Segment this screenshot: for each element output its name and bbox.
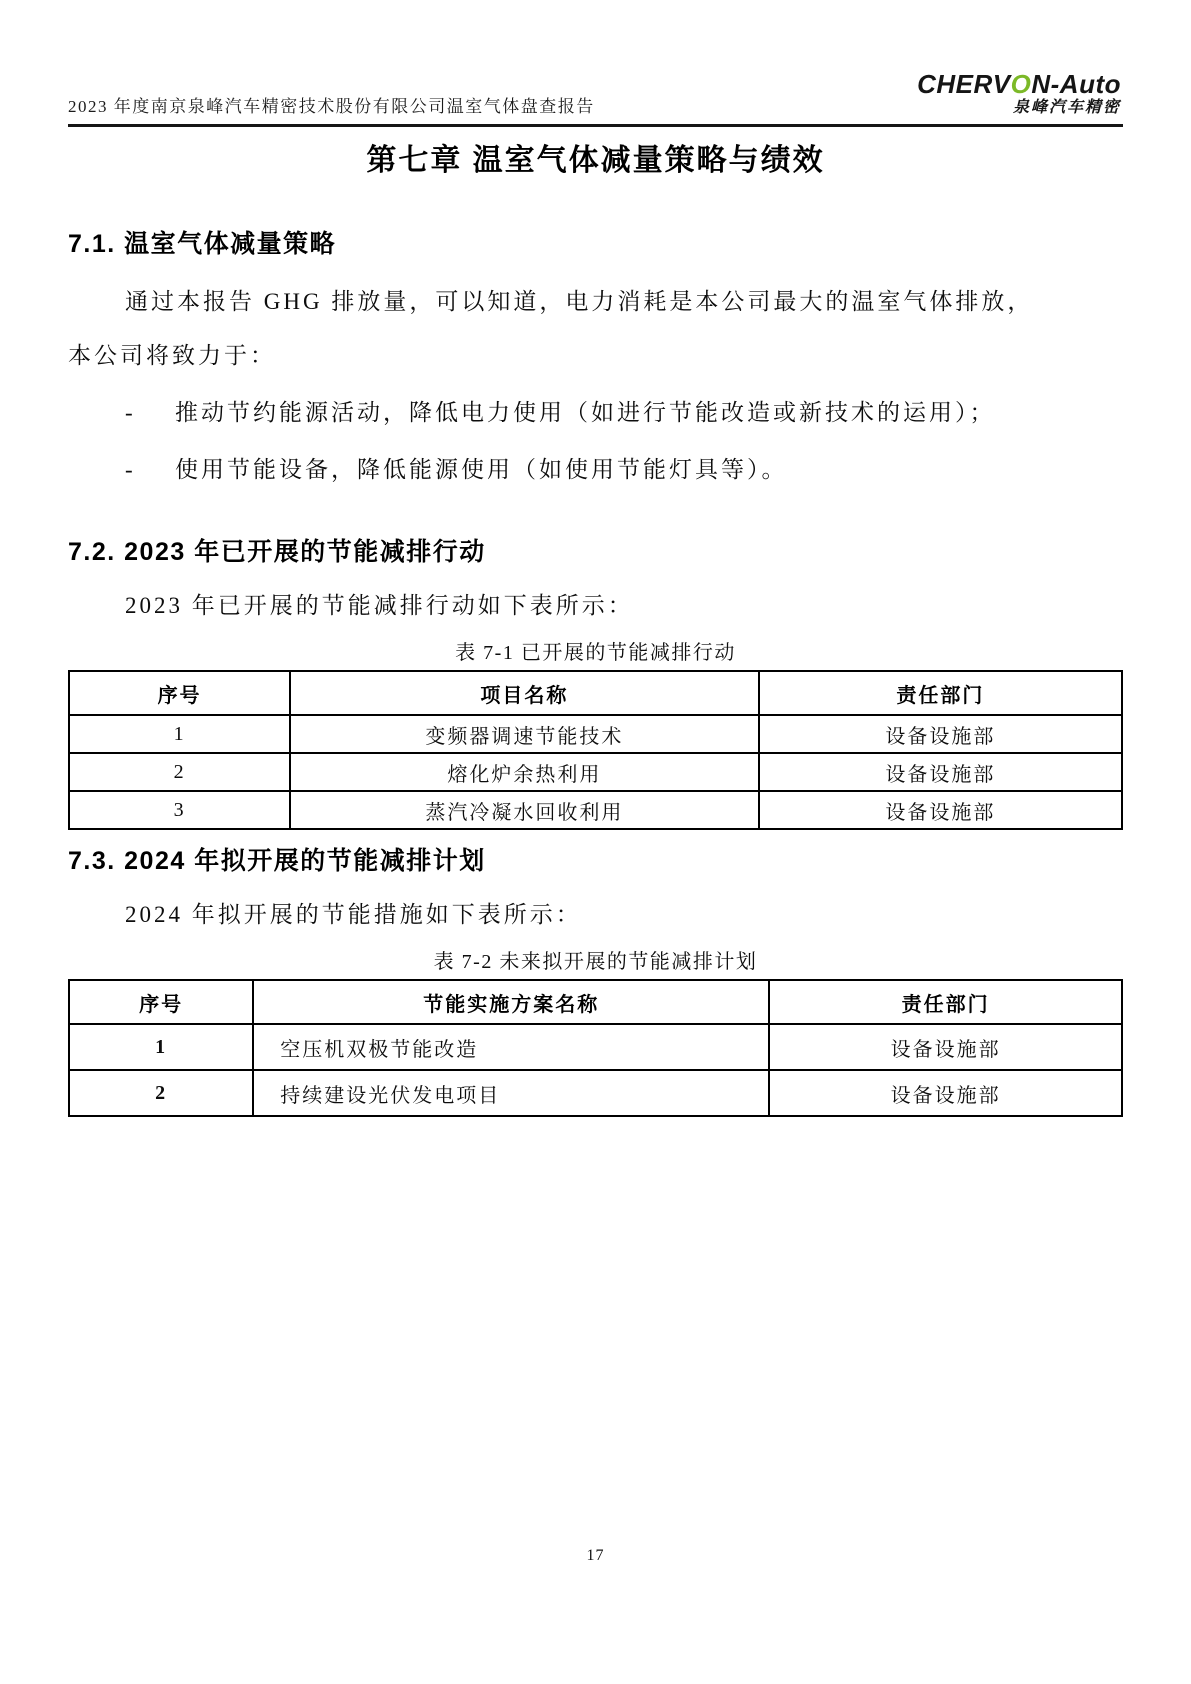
table-row: 1 空压机双极节能改造 设备设施部 <box>69 1024 1122 1070</box>
cell-department: 设备设施部 <box>759 715 1122 753</box>
bullet-text: 推动节约能源活动，降低电力使用（如进行节能改造或新技术的运用）； <box>175 400 996 425</box>
section-7-2-heading: 7.2. 2023 年已开展的节能减排行动 <box>68 535 1123 569</box>
section-7-3-intro: 2024 年拟开展的节能措施如下表所示： <box>68 898 1123 932</box>
table-7-1: 序号 项目名称 责任部门 1 变频器调速节能技术 设备设施部 2 熔化炉余热利用… <box>68 670 1123 830</box>
section-7-2-intro: 2023 年已开展的节能减排行动如下表所示： <box>68 589 1123 623</box>
bullet-item: -使用节能设备，降低能源使用（如使用节能灯具等）。 <box>68 453 1123 487</box>
cell-index: 1 <box>69 715 290 753</box>
column-header-index: 序号 <box>69 671 290 715</box>
cell-index: 2 <box>69 1070 253 1116</box>
section-7-1-heading: 7.1. 温室气体减量策略 <box>68 227 1123 261</box>
column-header-department: 责任部门 <box>759 671 1122 715</box>
table-row: 2 持续建设光伏发电项目 设备设施部 <box>69 1070 1122 1116</box>
table-row: 1 变频器调速节能技术 设备设施部 <box>69 715 1122 753</box>
page-header: 2023 年度南京泉峰汽车精密技术股份有限公司温室气体盘查报告 CHERVON-… <box>68 0 1123 127</box>
table-7-1-caption: 表 7-1 已开展的节能减排行动 <box>68 636 1123 665</box>
column-header-project-name: 项目名称 <box>290 671 759 715</box>
chapter-title: 第七章 温室气体减量策略与绩效 <box>68 141 1123 181</box>
column-header-department: 责任部门 <box>769 980 1122 1024</box>
page-number: 17 <box>0 1547 1191 1565</box>
bullet-item: -推动节约能源活动，降低电力使用（如进行节能改造或新技术的运用）； <box>68 396 1123 430</box>
column-header-plan-name: 节能实施方案名称 <box>253 980 769 1024</box>
logo-green-o-icon: O <box>1011 69 1032 99</box>
table-header-row: 序号 节能实施方案名称 责任部门 <box>69 980 1122 1024</box>
cell-project-name: 变频器调速节能技术 <box>290 715 759 753</box>
cell-index: 3 <box>69 791 290 829</box>
table-row: 3 蒸汽冷凝水回收利用 设备设施部 <box>69 791 1122 829</box>
table-row: 2 熔化炉余热利用 设备设施部 <box>69 753 1122 791</box>
section-7-3-heading: 7.3. 2024 年拟开展的节能减排计划 <box>68 844 1123 878</box>
cell-project-name: 熔化炉余热利用 <box>290 753 759 791</box>
section-7-1-paragraph-line-2: 本公司将致力于： <box>68 339 1123 373</box>
logo-chinese-subtitle: 泉峰汽车精密 <box>917 100 1121 116</box>
column-header-index: 序号 <box>69 980 253 1024</box>
cell-index: 1 <box>69 1024 253 1070</box>
bullet-text: 使用节能设备，降低能源使用（如使用节能灯具等）。 <box>175 457 788 482</box>
cell-department: 设备设施部 <box>769 1024 1122 1070</box>
cell-department: 设备设施部 <box>759 753 1122 791</box>
table-7-2-caption: 表 7-2 未来拟开展的节能减排计划 <box>68 945 1123 974</box>
cell-index: 2 <box>69 753 290 791</box>
cell-plan-name: 空压机双极节能改造 <box>253 1024 769 1070</box>
bullet-dash-marker: - <box>125 396 175 430</box>
cell-department: 设备设施部 <box>769 1070 1122 1116</box>
table-header-row: 序号 项目名称 责任部门 <box>69 671 1122 715</box>
section-7-1-paragraph-line-1: 通过本报告 GHG 排放量，可以知道，电力消耗是本公司最大的温室气体排放， <box>68 285 1123 319</box>
cell-project-name: 蒸汽冷凝水回收利用 <box>290 791 759 829</box>
table-7-2: 序号 节能实施方案名称 责任部门 1 空压机双极节能改造 设备设施部 2 持续建… <box>68 979 1123 1117</box>
logo-text-right: N-Auto <box>1031 69 1121 99</box>
cell-department: 设备设施部 <box>759 791 1122 829</box>
logo-text-left: CHERV <box>917 69 1011 99</box>
bullet-dash-marker: - <box>125 453 175 487</box>
cell-plan-name: 持续建设光伏发电项目 <box>253 1070 769 1116</box>
document-page: 2023 年度南京泉峰汽车精密技术股份有限公司温室气体盘查报告 CHERVON-… <box>0 0 1191 1684</box>
logo-wordmark: CHERVON-Auto <box>917 71 1121 97</box>
company-logo: CHERVON-Auto 泉峰汽车精密 <box>917 71 1121 116</box>
report-title: 2023 年度南京泉峰汽车精密技术股份有限公司温室气体盘查报告 <box>68 92 595 117</box>
